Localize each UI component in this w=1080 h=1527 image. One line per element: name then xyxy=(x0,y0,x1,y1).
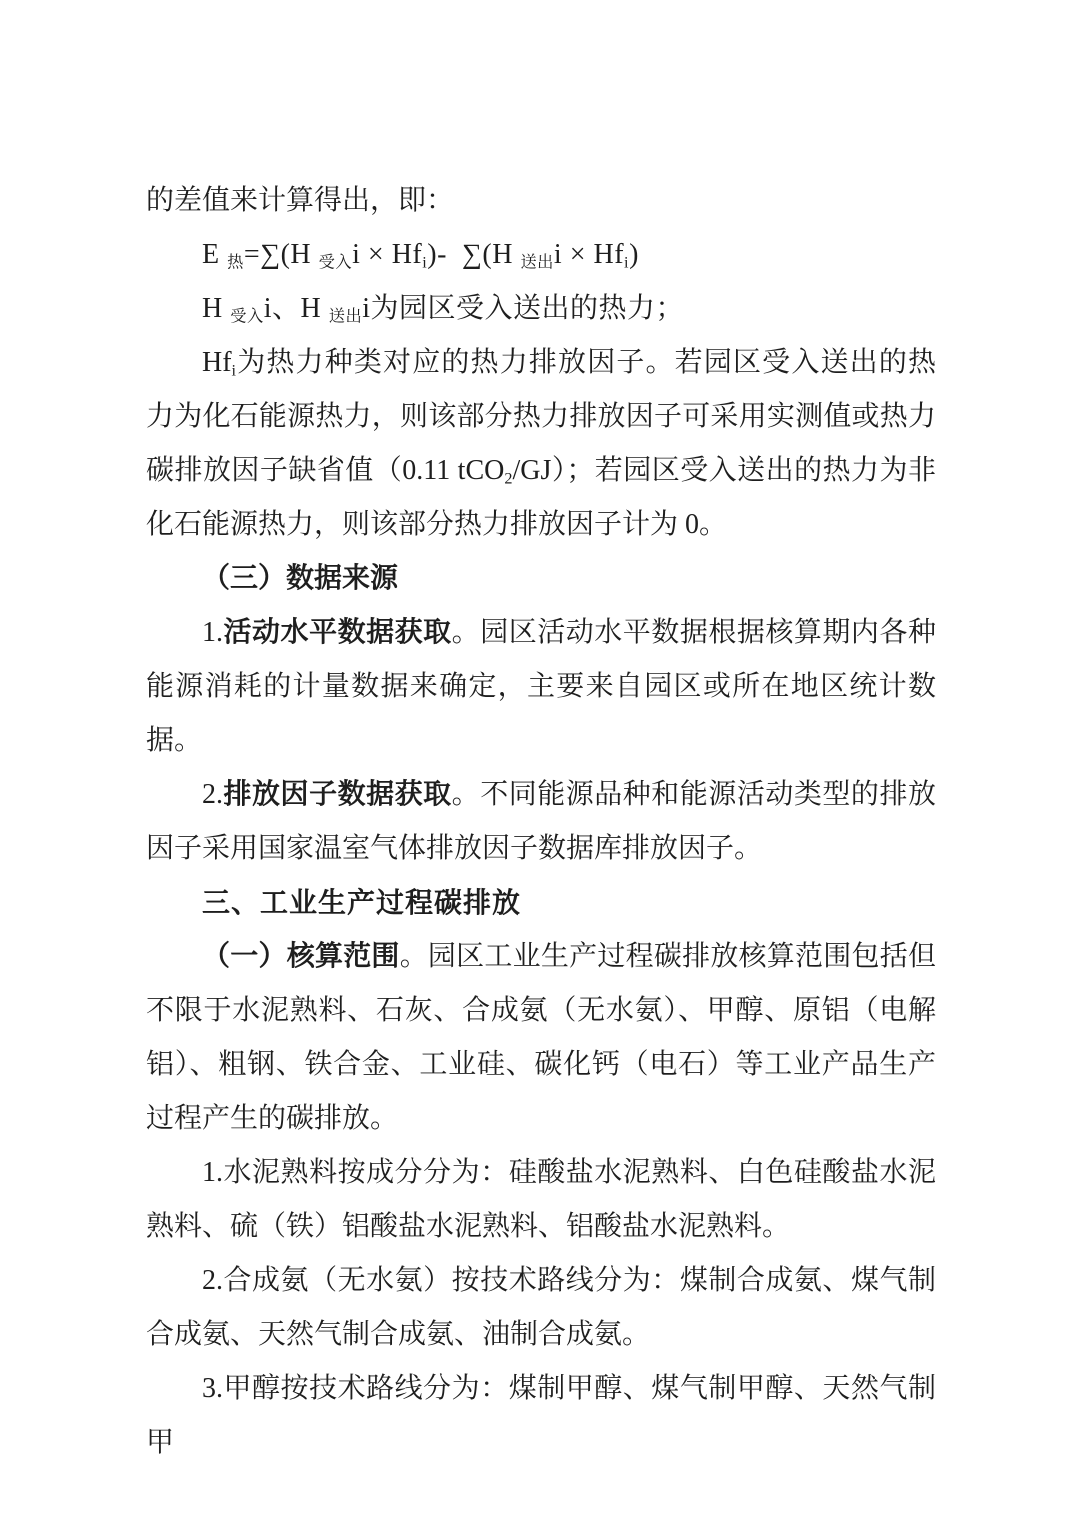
subscript-text: 送出 xyxy=(520,254,553,272)
text-segment: E xyxy=(202,239,227,270)
text-segment: 排放因子数据获取 xyxy=(223,779,452,810)
section-heading-industrial-process: 三、工业生产过程碳排放 xyxy=(146,876,936,930)
text-segment: 1. xyxy=(202,617,223,648)
text-segment: 2.合成氨（无水氨）按技术路线分为：煤制合成氨、煤气制合成氨、天然气制合成氨、油… xyxy=(146,1265,936,1350)
paragraph-activity-data: 1.活动水平数据获取。园区活动水平数据根据核算期内各种能源消耗的计量数据来确定，… xyxy=(146,606,936,768)
text-segment: i、H xyxy=(264,293,329,324)
text-segment: （一）核算范围 xyxy=(202,941,400,972)
text-segment: H xyxy=(202,293,230,324)
text-segment: Hf xyxy=(202,347,232,378)
paragraph-accounting-scope: （一）核算范围。园区工业生产过程碳排放核算范围包括但不限于水泥熟料、石灰、合成氨… xyxy=(146,930,936,1146)
paragraph-synthetic-ammonia: 2.合成氨（无水氨）按技术路线分为：煤制合成氨、煤气制合成氨、天然气制合成氨、油… xyxy=(146,1254,936,1362)
paragraph-methanol: 3.甲醇按技术路线分为：煤制甲醇、煤气制甲醇、天然气制甲 xyxy=(146,1362,936,1470)
text-segment: i × Hf xyxy=(352,239,422,270)
formula-heat-emission: E 热=∑(H 受入i × Hfi)- ∑(H 送出i × Hfi) xyxy=(146,228,936,282)
text-segment: =∑(H xyxy=(244,239,319,270)
subscript-text: 热 xyxy=(227,254,244,272)
text-segment: 的差值来计算得出，即： xyxy=(146,185,454,216)
text-segment: 活动水平数据获取 xyxy=(223,617,452,648)
text-segment: ) xyxy=(629,239,639,270)
subscript-text: 受入 xyxy=(319,254,352,272)
paragraph-emission-factor-data: 2.排放因子数据获取。不同能源品种和能源活动类型的排放因子采用国家温室气体排放因… xyxy=(146,768,936,876)
paragraph-cement-clinker: 1.水泥熟料按成分分为：硅酸盐水泥熟料、白色硅酸盐水泥熟料、硫（铁）铝酸盐水泥熟… xyxy=(146,1146,936,1254)
text-segment: 1.水泥熟料按成分分为：硅酸盐水泥熟料、白色硅酸盐水泥熟料、硫（铁）铝酸盐水泥熟… xyxy=(146,1157,936,1242)
text-segment: )- ∑(H xyxy=(427,239,520,270)
text-segment: i × Hf xyxy=(554,239,624,270)
text-segment: i xyxy=(362,293,370,324)
text-segment: 2. xyxy=(202,779,223,810)
subscript-text: 受入 xyxy=(230,308,263,326)
formula-variables-h: H 受入i、H 送出i为园区受入送出的热力； xyxy=(146,282,936,336)
paragraph-hf-definition: Hfi为热力种类对应的热力排放因子。若园区受入送出的热力为化石能源热力，则该部分… xyxy=(146,336,936,552)
document-page: 的差值来计算得出，即： E 热=∑(H 受入i × Hfi)- ∑(H 送出i … xyxy=(0,0,1080,1527)
paragraph-continuation: 的差值来计算得出，即： xyxy=(146,174,936,228)
text-segment: 为园区受入送出的热力； xyxy=(371,293,685,324)
subsection-heading-data-source: （三）数据来源 xyxy=(146,552,936,606)
text-segment: （三）数据来源 xyxy=(202,563,398,594)
text-segment: 3.甲醇按技术路线分为：煤制甲醇、煤气制甲醇、天然气制甲 xyxy=(146,1373,936,1458)
text-segment: 三、工业生产过程碳排放 xyxy=(202,887,521,918)
subscript-text: 送出 xyxy=(329,308,362,326)
